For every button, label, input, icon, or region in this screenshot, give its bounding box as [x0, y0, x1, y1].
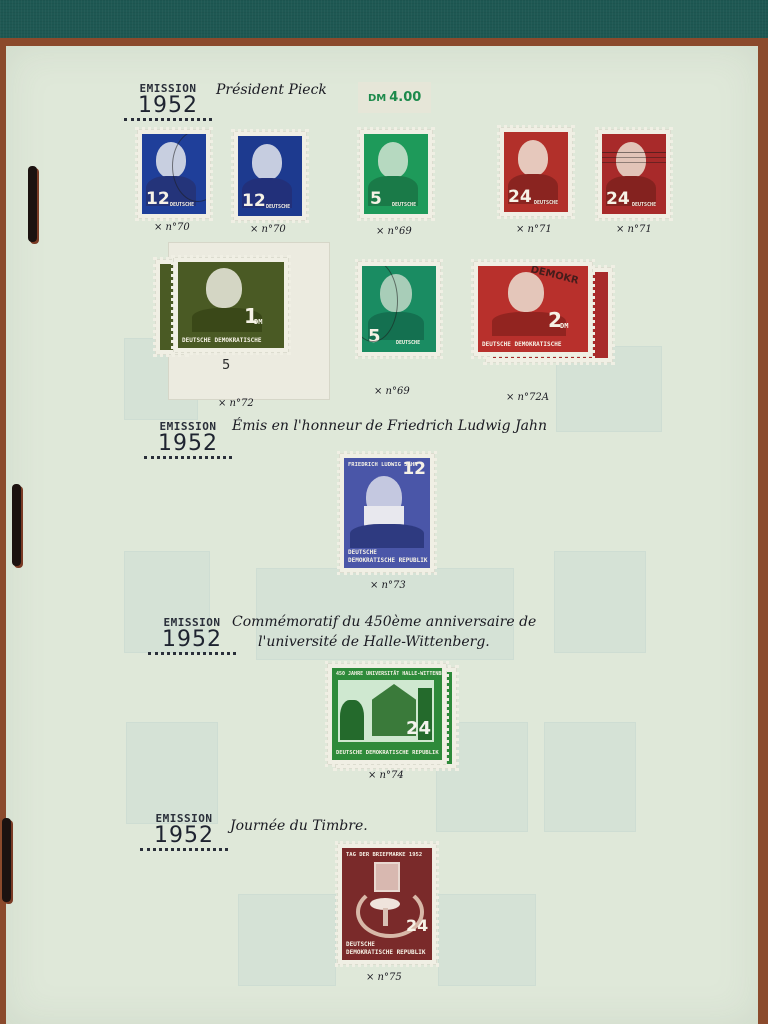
stamp-pieck-1dm-used: 1 DM DEUTSCHE DEMOKRATISCHE — [174, 258, 288, 352]
stamp-top-text: 450 JAHRE UNIVERSITÄT HALLE-WITTENBERG — [336, 671, 442, 677]
binder-hole — [28, 166, 37, 242]
binder-hole — [12, 484, 21, 566]
emission-year: 1952 — [144, 433, 232, 455]
stamp-pieck-24-used: 24 DEUTSCHE — [598, 130, 670, 218]
stamp-pieck-5: 5 DEUTSCHE — [360, 130, 432, 218]
dotted-rule — [148, 652, 236, 655]
stamp-pieck-2dm-used: 2 DM DEUTSCHE DEMOKRATISCHE DEMOKR — [474, 262, 592, 356]
catalog-number: × n°73 — [370, 580, 406, 591]
faint-placeholder-box — [544, 722, 636, 832]
stamp-pieck-12: 12 DEUTSCHE — [234, 132, 306, 220]
faint-placeholder-box — [126, 722, 218, 824]
section-caption-line-2: l'université de Halle-Wittenberg. — [258, 632, 490, 652]
stamp-value: 12 — [242, 193, 266, 210]
stamp-top-text: TAG DER BRIEFMARKE 1952 — [346, 852, 422, 858]
stamp-value: 24 — [508, 189, 532, 206]
emission-year: 1952 — [124, 95, 212, 117]
currency: DM — [368, 93, 386, 104]
section-caption: Journée du Timbre. — [230, 816, 368, 836]
binder-hole — [2, 818, 11, 902]
sheet-margin-number: 5 — [222, 358, 230, 373]
stamp-pieck-5-used: 5 DEUTSCHE — [358, 262, 440, 356]
dotted-rule — [140, 848, 228, 851]
catalog-number: × n°69 — [376, 226, 412, 237]
stamp-value: 5 — [370, 191, 382, 208]
stamp-tag-der-briefmarke-24: TAG DER BRIEFMARKE 1952 24 DEUTSCHE DEMO… — [338, 844, 436, 964]
emission-stamp-2: EMISSION 1952 — [144, 420, 232, 459]
catalog-number: × n°74 — [368, 770, 404, 781]
faint-placeholder-box — [554, 551, 646, 653]
dotted-rule — [144, 456, 232, 459]
catalog-number: × n°71 — [516, 224, 552, 235]
stamp-pieck-12-used: 12 DEUTSCHE — [138, 130, 210, 218]
catalog-number: × n°70 — [154, 222, 190, 233]
catalog-number: × n°72A — [506, 392, 549, 403]
emission-stamp-1: EMISSION 1952 — [124, 82, 212, 121]
selvage-price-label: DM4.00 — [358, 82, 431, 113]
section-caption-line-1: Commémoratif du 450ème anniversaire de — [232, 612, 536, 632]
amount: 4.00 — [389, 90, 421, 105]
section-caption: Président Pieck — [216, 80, 327, 100]
stamp-value: 24 — [606, 191, 630, 208]
catalog-number: × n°72 — [218, 398, 254, 409]
catalog-number: × n°70 — [250, 224, 286, 235]
emission-stamp-3: EMISSION 1952 — [148, 616, 236, 655]
album-page: EMISSION 1952 Président Pieck DM4.00 12 … — [6, 46, 758, 1024]
stamp-value: 24 — [406, 720, 431, 738]
stamp-value: 12 — [402, 461, 426, 478]
catalog-number: × n°75 — [366, 972, 402, 983]
stamp-pieck-24: 24 DEUTSCHE — [500, 128, 572, 216]
emission-year: 1952 — [148, 629, 236, 651]
faint-placeholder-box — [438, 894, 536, 986]
stamp-halle-wittenberg-24-used: 450 JAHRE UNIVERSITÄT HALLE-WITTENBERG 2… — [328, 664, 446, 764]
emission-year: 1952 — [140, 825, 228, 847]
catalog-number: × n°69 — [374, 386, 410, 397]
stamp-value: 24 — [406, 918, 428, 934]
emission-stamp-4: EMISSION 1952 — [140, 812, 228, 851]
faint-placeholder-box — [238, 894, 336, 986]
stamp-jahn-12: FRIEDRICH LUDWIG JAHN 12 DEUTSCHE DEMOKR… — [340, 454, 434, 572]
section-caption: Émis en l'honneur de Friedrich Ludwig Ja… — [232, 416, 547, 436]
stamp-unit: DM — [254, 318, 262, 326]
dotted-rule — [124, 118, 212, 121]
stamp-value: 12 — [146, 191, 170, 208]
stamp-unit: DM — [560, 322, 568, 330]
catalog-number: × n°71 — [616, 224, 652, 235]
